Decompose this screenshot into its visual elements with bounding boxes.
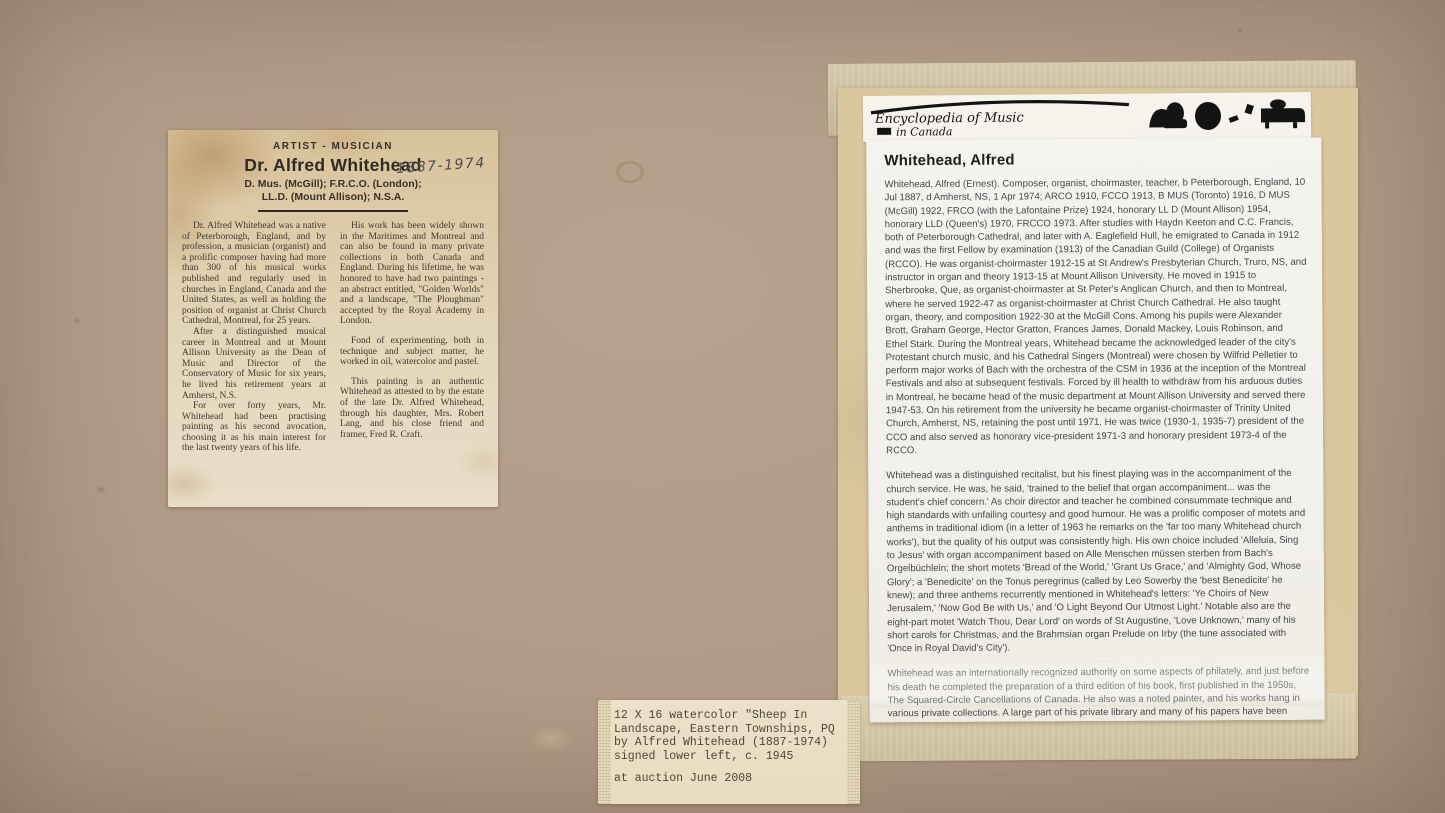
clipping-right-column: His work has been widely shown in the Ma… <box>340 221 484 454</box>
clear-tape-overlay <box>869 657 1324 709</box>
clipping-kicker: ARTIST - MUSICIAN <box>168 141 498 152</box>
stain-dot <box>96 485 106 494</box>
logo-portraits-illustration <box>1149 99 1305 130</box>
article-paragraph-2: Whitehead was a distinguished recitalist… <box>886 467 1309 656</box>
label-line: 12 X 16 watercolor "Sheep In <box>614 709 846 723</box>
clipping-credentials-line1: D. Mus. (McGill); F.R.C.O. (London); <box>168 178 498 191</box>
clipping-header: ARTIST - MUSICIAN Dr. Alfred Whitehead 1… <box>168 130 498 212</box>
clipping-left-column: Dr. Alfred Whitehead was a native of Pet… <box>182 221 326 454</box>
stain-speck <box>1237 28 1243 34</box>
clipping-paragraph: After a distinguished musical career in … <box>182 327 326 401</box>
label-line: by Alfred Whitehead (1887-1974) <box>614 736 846 750</box>
logo-mark <box>877 128 891 135</box>
newspaper-clipping: ARTIST - MUSICIAN Dr. Alfred Whitehead 1… <box>168 130 498 507</box>
clipping-paragraph: For over forty years, Mr. Whitehead had … <box>182 401 326 454</box>
encyclopedia-logo: Encyclopedia of Music in Canada <box>863 92 1311 142</box>
clipping-paragraph: This painting is an authentic Whitehead … <box>340 377 484 441</box>
stain-dot <box>73 317 81 324</box>
encyclopedia-logo-strip: Encyclopedia of Music in Canada <box>863 92 1311 142</box>
clipping-credentials-line2: LL.D. (Mount Allison); N.S.A. <box>168 191 498 204</box>
article-paragraph-1: Whitehead, Alfred (Ernest). Composer, or… <box>884 176 1308 458</box>
encyclopedia-article-page: Whitehead, Alfred Whitehead, Alfred (Ern… <box>866 138 1325 723</box>
label-line: Landscape, Eastern Townships, PQ <box>614 723 846 737</box>
auction-label: 12 X 16 watercolor "Sheep In Landscape, … <box>598 700 860 804</box>
label-footer: at auction June 2008 <box>614 772 846 786</box>
backing-board: ARTIST - MUSICIAN Dr. Alfred Whitehead 1… <box>0 0 1445 813</box>
auction-label-text: 12 X 16 watercolor "Sheep In Landscape, … <box>614 709 846 786</box>
label-line: signed lower left, c. 1945 <box>614 750 846 764</box>
logo-text-line2: in Canada <box>896 125 952 138</box>
clipping-paragraph: Dr. Alfred Whitehead was a native of Pet… <box>182 221 326 327</box>
clipping-paragraph: Fond of experimenting, both in technique… <box>340 336 484 368</box>
clipping-body: Dr. Alfred Whitehead was a native of Pet… <box>168 212 498 454</box>
stain-ring <box>615 160 645 184</box>
stain-blotch <box>528 726 574 752</box>
clipping-paragraph: His work has been widely shown in the Ma… <box>340 221 484 327</box>
divider-rule <box>258 210 408 212</box>
article-title: Whitehead, Alfred <box>884 150 1306 170</box>
